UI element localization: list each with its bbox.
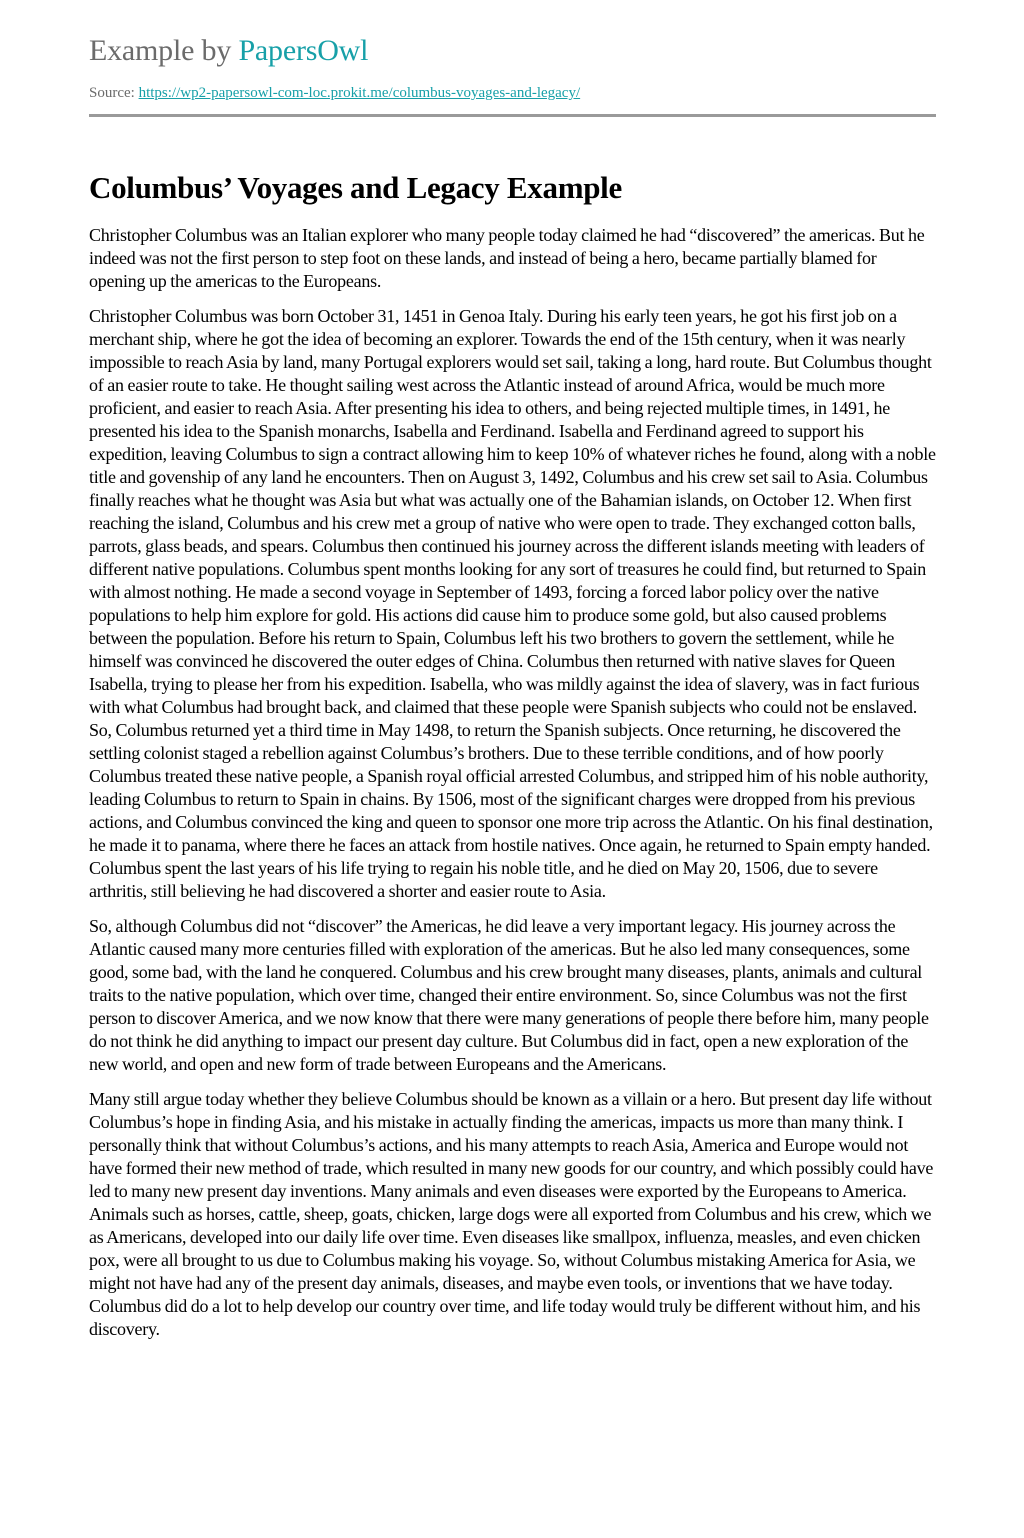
document-page: Example by PapersOwl Source: https://wp2…	[89, 0, 936, 1353]
source-link[interactable]: https://wp2-papersowl-com-loc.prokit.me/…	[139, 85, 581, 101]
paragraph: Many still argue today whether they beli…	[89, 1088, 936, 1341]
brand-name: PapersOwl	[238, 34, 368, 67]
source-line: Source: https://wp2-papersowl-com-loc.pr…	[89, 83, 936, 103]
source-label: Source:	[89, 85, 139, 101]
header-divider	[89, 114, 936, 117]
paragraph: Christopher Columbus was an Italian expl…	[89, 224, 936, 293]
page-title: Columbus’ Voyages and Legacy Example	[89, 169, 936, 207]
essay-body: Christopher Columbus was an Italian expl…	[89, 224, 936, 1341]
brand-prefix: Example by	[89, 34, 238, 67]
paragraph: Christopher Columbus was born October 31…	[89, 305, 936, 903]
paragraph: So, although Columbus did not “discover”…	[89, 915, 936, 1076]
page-header: Example by PapersOwl Source: https://wp2…	[89, 0, 936, 117]
brand-heading: Example by PapersOwl	[89, 0, 936, 70]
